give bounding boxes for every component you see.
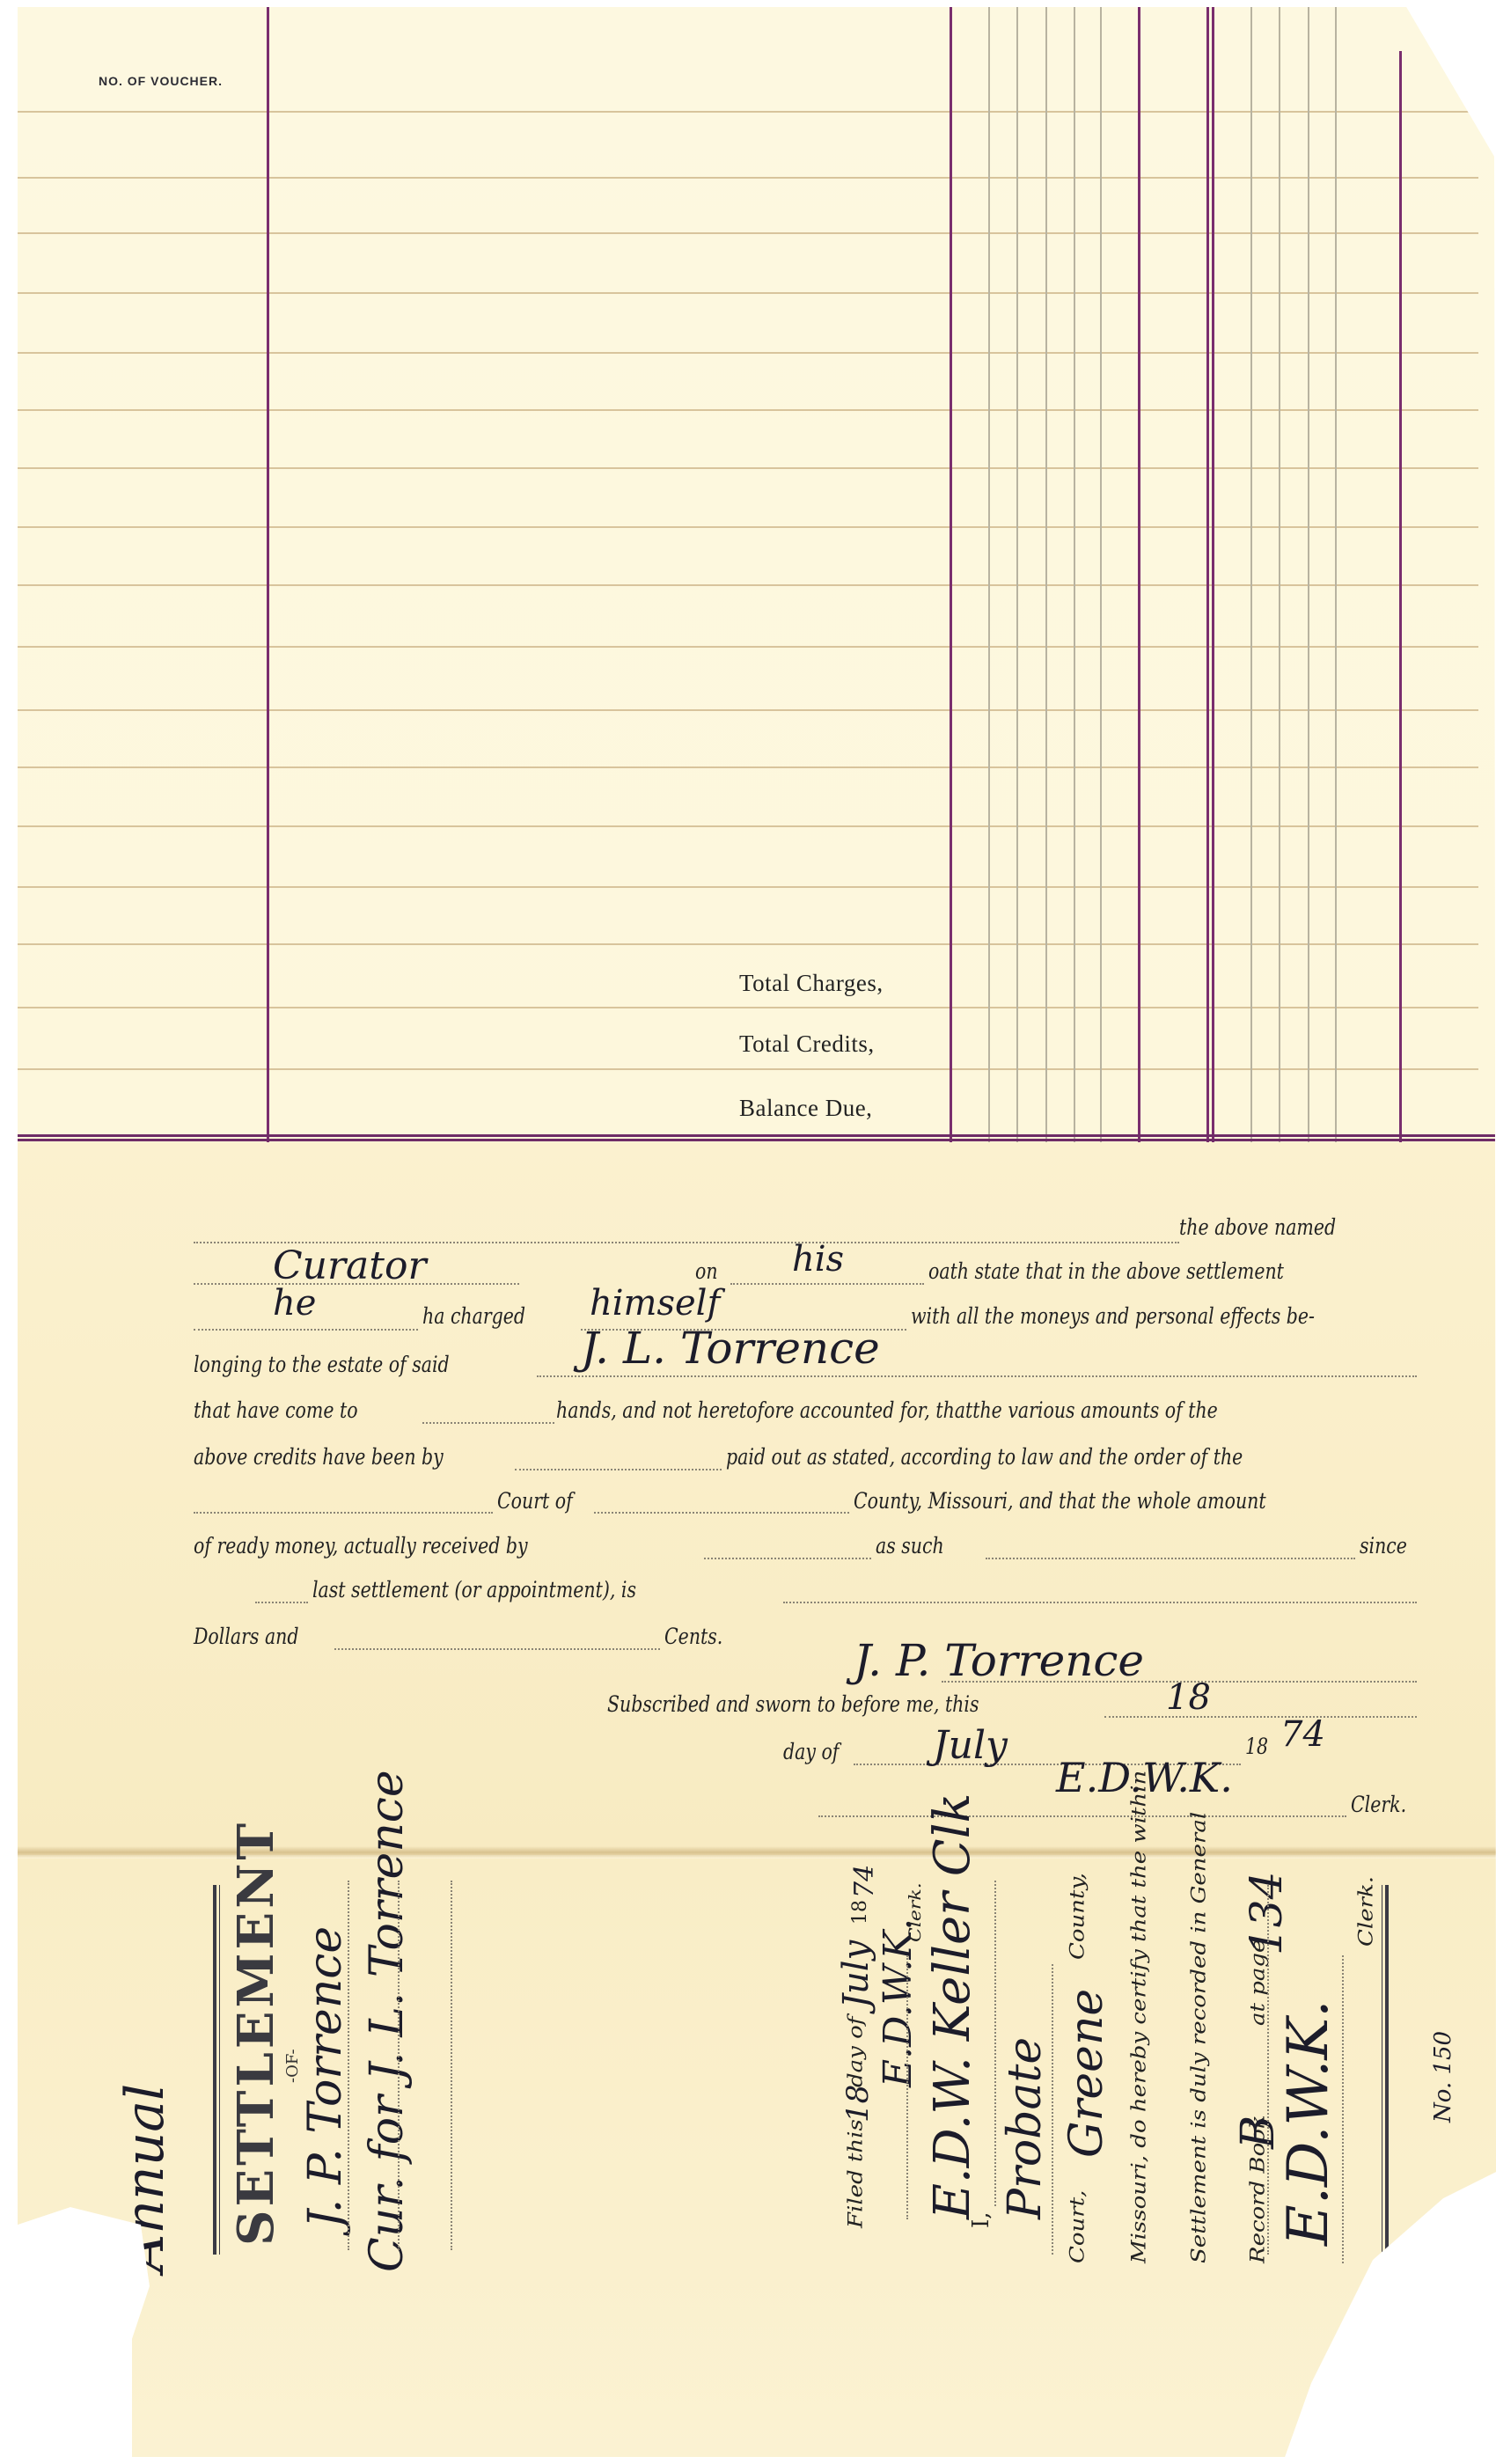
ledger-row-line [18,467,1478,469]
filed-clerk-line [906,1955,908,2219]
filed-clerk-signature: E.D.W.K. [876,1918,920,2087]
oath-text: since [1360,1533,1407,1558]
settlement-title: SETTLEMENT [227,1820,285,2246]
handwritten-year: 74 [1280,1714,1325,1755]
cert-county-label: County, [1067,1873,1089,1960]
oath-text: that have come to [194,1397,358,1423]
blank-line [704,1558,871,1559]
ledger-row-line [18,766,1478,768]
handwritten-party-1: J. P. Torrence [299,1926,352,2228]
oath-text: last settlement (or appointment), is [312,1577,636,1602]
handwritten-day: 18 [1166,1677,1211,1718]
filed-clerk-label: Clerk. [906,1882,925,1942]
oath-text: day of [783,1739,839,1764]
ledger-row-line [18,409,1478,411]
filed-label: Filed this [845,2119,868,2228]
handwritten-his: his [792,1239,844,1280]
handwritten-himself: himself [590,1283,720,1324]
oath-text: with all the moneys and personal effects… [911,1303,1315,1329]
cert-clerk-line [1342,1955,1344,2263]
oath-section: the above named Curator on his oath stat… [18,1142,1496,1855]
ledger-row-line [18,177,1478,179]
ledger-row-line [18,232,1478,234]
oath-text: Cents. [664,1624,722,1649]
handwritten-filed-day: 18 [840,2085,876,2123]
ledger-row-line [18,1007,1478,1008]
ledger-row-line [18,825,1478,827]
party-line-2 [398,1881,400,2250]
endorsement-section: Annual SETTLEMENT -OF- J. P. Torrence Cu… [18,1859,1496,2464]
credits-double-rule [1212,7,1214,1149]
blank-line [986,1558,1355,1559]
clerk-signature-line [818,1815,1346,1817]
handwritten-page: 134 [1241,1872,1292,1955]
oath-text: Court of [497,1488,573,1514]
clerk-label: Clerk. [1351,1792,1406,1817]
blank-line [451,1881,452,2250]
ledger-row-line [18,352,1478,354]
ledger-row-line [18,709,1478,711]
oath-text: of ready money, actually received by [194,1533,528,1558]
endorsement-rule [1382,1885,1382,2255]
oath-text: ha charged [422,1303,525,1329]
ledger-row-line [18,292,1478,294]
oath-text: as such [876,1533,944,1558]
party-line-1 [348,1881,349,2250]
handwritten-filed-year: 74 [849,1865,880,1898]
handwritten-filed-month: July [836,1940,876,2008]
oath-text: above credits have been by [194,1444,444,1470]
money-column-rule [988,7,990,1149]
cert-county-name: Greene [1060,1989,1113,2158]
year-prefix: 18 [1245,1734,1268,1759]
cert-clerk-line [994,1881,996,2206]
oath-text: Dollars and [194,1624,299,1649]
ledger-row-line [18,943,1478,945]
ledger-row-line [18,111,1478,113]
cert-court-label: Court, [1067,2190,1089,2263]
ledger-row-line [18,1068,1478,1070]
credits-double-rule [1206,7,1209,1149]
amount-blank [783,1602,1417,1603]
ledger-row-line [18,526,1478,528]
margin-note: No. 150 [1430,2031,1456,2123]
oath-text: the above named [1179,1214,1336,1240]
money-column-rule [1308,7,1309,1149]
county-blank [594,1512,849,1514]
ledger-section: NO. OF VOUCHER. Total Charges, [18,7,1496,1138]
oath-text: hands, and not heretofore accounted for,… [556,1397,1218,1423]
dollars-blank [334,1648,660,1650]
oath-text: oath state that in the above settlement [928,1258,1284,1284]
cert-text: Settlement is duly recorded in General [1188,1812,1211,2263]
oath-text: Subscribed and sworn to before me, this [607,1691,979,1717]
voucher-column-header: NO. OF VOUCHER. [99,74,223,88]
handwritten-month: July [933,1723,1008,1768]
money-column-rule [1100,7,1102,1149]
handwritten-party-2: Cur. for J. L. Torrence [361,1770,414,2272]
pronoun-blank [194,1329,418,1331]
cert-clerk-label: Clerk. [1355,1876,1378,1947]
filed-year-prefix: 18 [849,1900,871,1925]
charges-dollars-rule [950,7,952,1149]
voucher-column-rule [267,7,269,1149]
blank-line [515,1469,722,1470]
ledger-bottom-double-rule [18,1134,1496,1142]
oath-text: paid out as stated, according to law and… [726,1444,1243,1470]
handwritten-he: he [273,1283,316,1324]
handwritten-curator: Curator [273,1243,426,1288]
blank-line [255,1602,308,1603]
endorsement-rule [1385,1885,1389,2255]
ledger-row-line [18,646,1478,648]
title-rule [213,1885,216,2255]
total-credits-label: Total Credits, [739,1030,875,1058]
money-column-rule [1335,7,1337,1149]
money-column-rule [1279,7,1280,1149]
money-column-rule [1250,7,1252,1149]
oath-text: County, Missouri, and that the whole amo… [854,1488,1266,1514]
oath-text: longing to the estate of said [194,1352,450,1377]
document-sheet: NO. OF VOUCHER. Total Charges, [18,7,1496,2457]
total-charges-label: Total Charges, [739,970,884,997]
oath-text: on [695,1258,718,1284]
estate-blank [537,1375,1417,1377]
cert-clerk-signature: E.D.W.K. [1276,1999,1341,2246]
handwritten-estate-name: J. L. Torrence [581,1323,880,1374]
handwritten-annual: Annual [114,2084,176,2272]
filed-day-of: day of [845,2017,868,2087]
ledger-row-line [18,886,1478,888]
affiant-signature: J. P. Torrence [854,1635,1144,1686]
charges-cents-rule [1138,7,1140,1149]
credits-cents-rule [1399,51,1402,1149]
court-blank [194,1512,493,1514]
pronoun-blank [730,1283,924,1285]
money-column-rule [1045,7,1047,1149]
title-rule [219,1885,220,2255]
ledger-row-line [18,584,1478,586]
money-column-rule [1016,7,1018,1149]
blank-line [422,1422,554,1424]
balance-due-label: Balance Due, [739,1095,872,1122]
cert-court-line [1052,1964,1053,2255]
day-blank [1104,1716,1417,1718]
cert-text: Missouri, do hereby certify that the wit… [1128,1771,1151,2263]
cert-clerk-name: E.D.W. Keller Clk [924,1793,981,2219]
record-line [1267,1885,1269,2255]
cert-court-name: Probate [999,2037,1052,2219]
money-column-rule [1074,7,1075,1149]
